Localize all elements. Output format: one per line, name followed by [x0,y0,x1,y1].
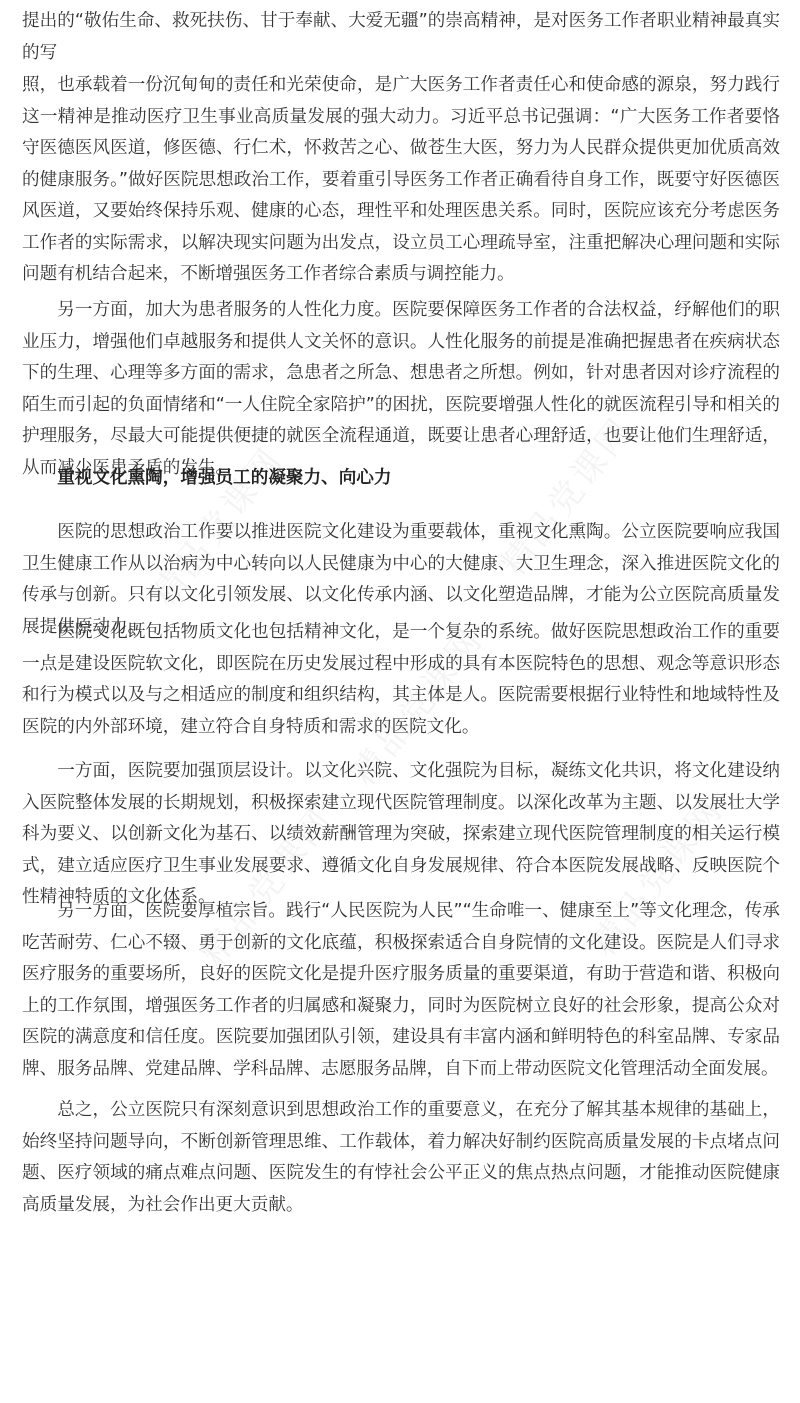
paragraph-conclusion: 总之，公立医院只有深刻意识到思想政治工作的重要意义，在充分了解其基本规律的基础上… [22,1095,780,1221]
paragraph-hospital-culture: 医院文化既包括物质文化也包括精神文化，是一个复杂的系统。做好医院思想政治工作的重… [22,617,780,743]
paragraph-physician-spirit: 照，也承载着一份沉甸甸的责任和光荣使命，是广大医务工作者责任心和使命感的源泉，努… [22,70,780,291]
paragraph-core-purpose: 另一方面，医院要厚植宗旨。践行“人民医院为人民”“生命唯一、健康至上”等文化理念… [22,896,780,1085]
paragraph-humanized-service: 另一方面，加大为患者服务的人性化力度。医院要保障医务工作者的合法权益，纾解他们的… [22,295,780,484]
paragraph-intro-fragment: 提出的“敬佑生命、救死扶伤、甘于奉献、大爱无疆”的崇高精神，是对医务工作者职业精… [22,6,780,69]
section-heading-culture: 重视文化熏陶，增强员工的凝聚力、向心力 [22,463,780,495]
document-page: 精品党课网 精品党课网 精品党课网 精品党课网 精品党课网 提出的“敬佑生命、救… [0,0,800,1403]
paragraph-top-level-design: 一方面，医院要加强顶层设计。以文化兴院、文化强院为目标，凝练文化共识，将文化建设… [22,756,780,914]
